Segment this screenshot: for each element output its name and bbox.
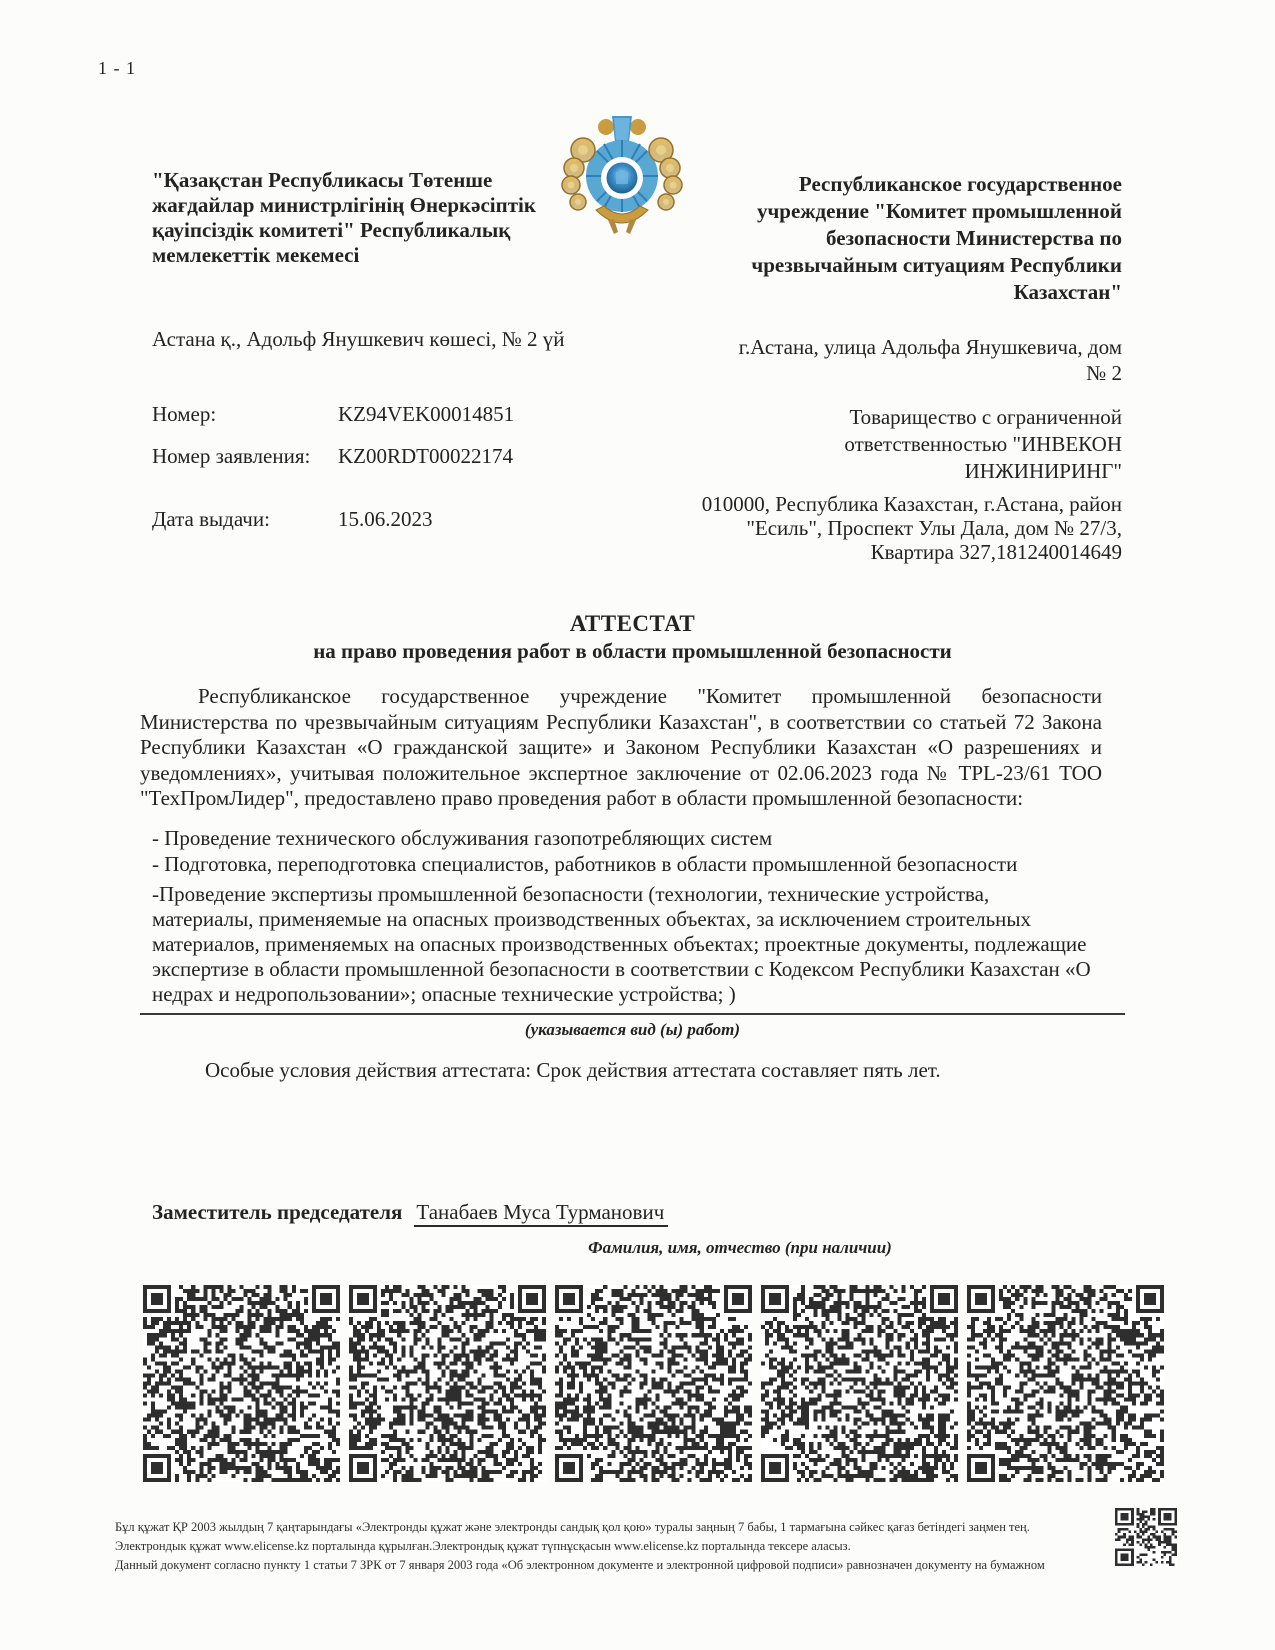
works-line-caption: (указывается вид (ы) работ) xyxy=(140,1020,1125,1040)
signature-name-caption: Фамилия, имя, отчество (при наличии) xyxy=(540,1238,940,1258)
footer-verification-qr xyxy=(1115,1508,1177,1571)
page-number: 1 - 1 xyxy=(98,58,136,79)
footer-disclaimer: Бұл құжат ҚР 2003 жылдың 7 қаңтарындағы … xyxy=(115,1518,1045,1575)
scanned-certificate-page: 1 - 1 "Қазақстан Республикасы Төтенше жа… xyxy=(0,0,1275,1650)
qr-code xyxy=(967,1285,1164,1482)
work-item: - Подготовка, переподготовка специалисто… xyxy=(152,852,1017,877)
footer-line-kazakh: Бұл құжат ҚР 2003 жылдың 7 қаңтарындағы … xyxy=(115,1518,1045,1537)
application-number-label: Номер заявления: xyxy=(152,444,310,469)
signature-name: Танабаев Муса Турманович xyxy=(414,1200,668,1227)
issuer-org-name-kazakh: "Қазақстан Республикасы Төтенше жағдайла… xyxy=(152,168,550,268)
qr-code xyxy=(555,1285,752,1482)
issuer-address-russian: г.Астана, улица Адольфа Янушкевича, дом … xyxy=(718,334,1122,386)
issue-date-label: Дата выдачи: xyxy=(152,507,270,532)
special-conditions: Особые условия действия аттестата: Срок … xyxy=(205,1058,941,1083)
qr-code xyxy=(349,1285,546,1482)
application-number-value: KZ00RDT00022174 xyxy=(338,444,513,469)
certificate-title: АТТЕСТАТ xyxy=(140,611,1125,637)
work-item: - Проведение технического обслуживания г… xyxy=(152,826,772,851)
digital-signature-qr-row xyxy=(143,1285,1164,1482)
work-item: -Проведение экспертизы промышленной безо… xyxy=(152,882,1094,1007)
qr-code xyxy=(761,1285,958,1482)
recipient-company-name: Товарищество с ограниченной ответственно… xyxy=(750,404,1122,485)
qr-code xyxy=(143,1285,340,1482)
issuer-address-kazakh: Астана қ., Адольф Янушкевич көшесі, № 2 … xyxy=(152,326,572,352)
qr-code xyxy=(1115,1508,1177,1566)
number-value: KZ94VEK00014851 xyxy=(338,402,514,427)
footer-line-russian: Данный документ согласно пункту 1 статьи… xyxy=(115,1556,1045,1575)
issue-date-value: 15.06.2023 xyxy=(338,507,433,532)
issuer-org-name-russian: Республиканское государственное учрежден… xyxy=(698,171,1122,306)
certificate-subtitle: на право проведения работ в области пром… xyxy=(140,639,1125,664)
recipient-company-address: 010000, Республика Казахстан, г.Астана, … xyxy=(692,492,1122,564)
number-label: Номер: xyxy=(152,402,216,427)
kazakhstan-emblem-icon xyxy=(556,110,688,246)
footer-line-kazakh: Электрондык құжат www.elicense.kz портал… xyxy=(115,1537,1045,1556)
certificate-body-paragraph: Республиканское государственное учрежден… xyxy=(140,684,1102,812)
works-underline xyxy=(140,1013,1125,1015)
signature-row: Заместитель председателяТанабаев Муса Ту… xyxy=(152,1200,668,1225)
signature-position-title: Заместитель председателя xyxy=(152,1200,402,1224)
